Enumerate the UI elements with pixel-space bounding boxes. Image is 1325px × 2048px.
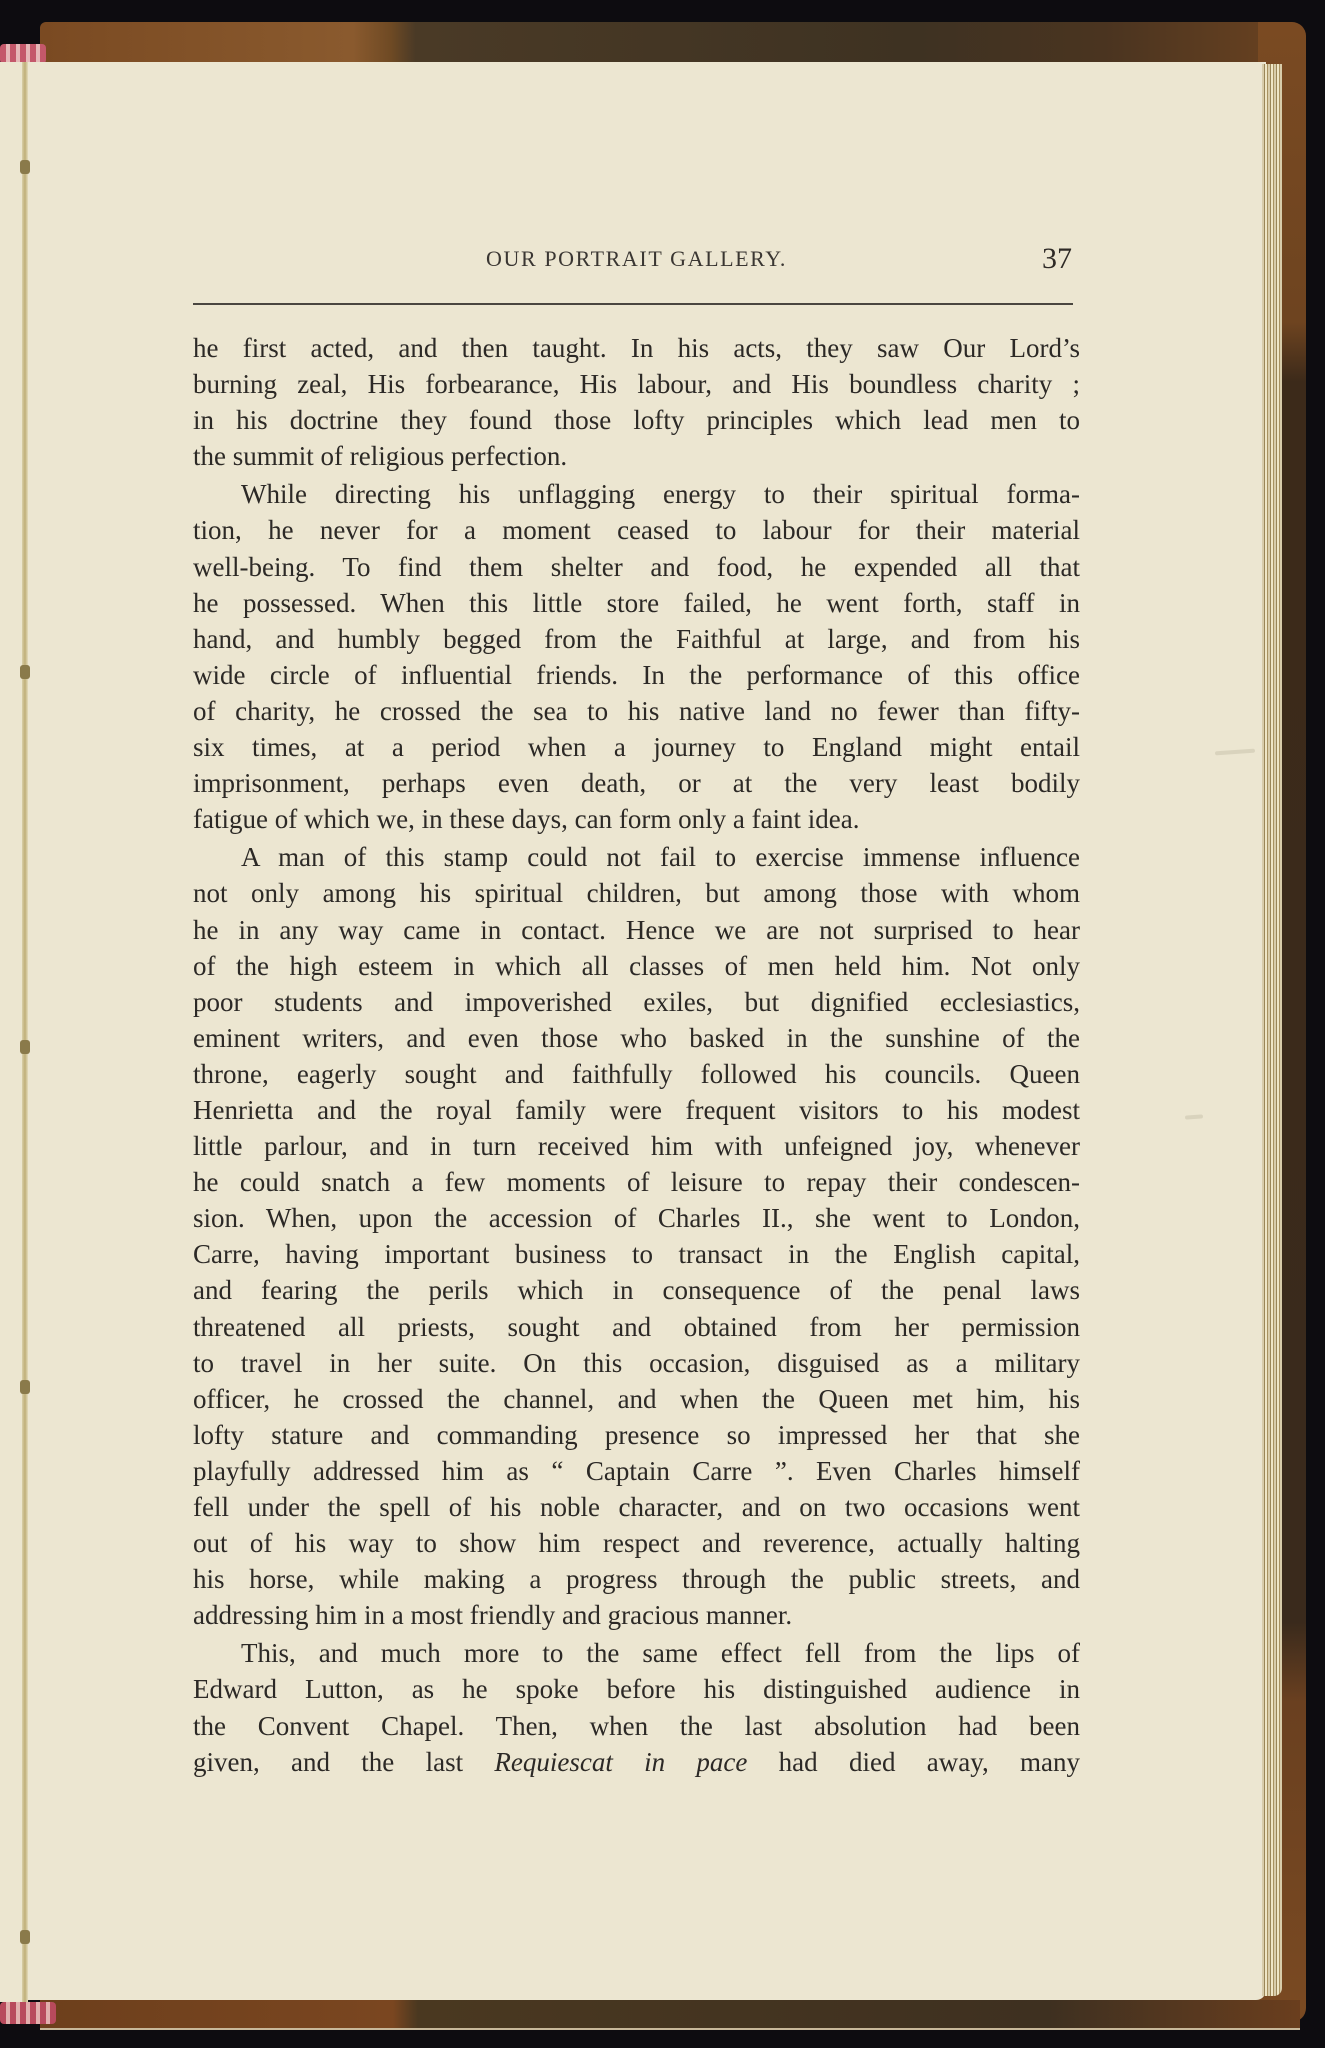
headband-bottom — [0, 2002, 56, 2024]
text-line: in his doctrine they found those lofty p… — [193, 402, 1080, 438]
text-line: burning zeal, His forbearance, His labou… — [193, 366, 1080, 402]
text-line: sion. When, upon the accession of Charle… — [193, 1200, 1080, 1236]
text-line: playfully addressed him as “ Captain Car… — [193, 1453, 1080, 1489]
text-line: to travel in her suite. On this occasion… — [193, 1345, 1080, 1381]
italic-phrase: Requiescat in pace — [494, 1747, 747, 1777]
text-line: and fearing the perils which in conseque… — [193, 1272, 1080, 1308]
page-block-edges — [1262, 64, 1282, 1996]
text-line: imprisonment, perhaps even death, or at … — [193, 765, 1080, 801]
book-cover-top-edge — [40, 22, 1292, 62]
paragraph: This, and much more to the same effect f… — [193, 1635, 1080, 1779]
text-line: officer, he crossed the channel, and whe… — [193, 1381, 1080, 1417]
text-line: well-being. To find them shelter and foo… — [193, 549, 1080, 585]
text-line: the summit of religious perfection. — [193, 438, 1080, 474]
text-line: lofty stature and commanding presence so… — [193, 1417, 1080, 1453]
text-line: wide circle of influential friends. In t… — [193, 657, 1080, 693]
text-line: throne, eagerly sought and faithfully fo… — [193, 1056, 1080, 1092]
text-line: Henrietta and the royal family were freq… — [193, 1092, 1080, 1128]
text-line: hand, and humbly begged from the Faithfu… — [193, 621, 1080, 657]
text-line: he possessed. When this little store fai… — [193, 585, 1080, 621]
binding-stitch — [20, 1930, 30, 1944]
text-line: not only among his spiritual children, b… — [193, 875, 1080, 911]
paragraph: A man of this stamp could not fail to ex… — [193, 839, 1080, 1633]
text-line: he first acted, and then taught. In his … — [193, 330, 1080, 366]
book-cover-bottom-edge — [40, 2000, 1300, 2030]
binding-stitch — [20, 1380, 30, 1394]
text-line: eminent writers, and even those who bask… — [193, 1020, 1080, 1056]
running-title: OUR PORTRAIT GALLERY. — [193, 246, 1080, 272]
text-line: of charity, he crossed the sea to his na… — [193, 693, 1080, 729]
text-line: out of his way to show him respect and r… — [193, 1525, 1080, 1561]
text-line: little parlour, and in turn received him… — [193, 1128, 1080, 1164]
running-head: OUR PORTRAIT GALLERY. 37 — [193, 246, 1080, 276]
binding-stitch — [20, 1040, 30, 1054]
text-line: A man of this stamp could not fail to ex… — [193, 839, 1080, 875]
text-line: his horse, while making a progress throu… — [193, 1561, 1080, 1597]
headband-top — [0, 44, 46, 64]
text-line: Edward Lutton, as he spoke before his di… — [193, 1671, 1080, 1707]
text-line: This, and much more to the same effect f… — [193, 1635, 1080, 1671]
text-line: Carre, having important business to tran… — [193, 1236, 1080, 1272]
binding-stitch — [20, 160, 30, 174]
text-line: fatigue of which we, in these days, can … — [193, 801, 1080, 837]
text-line: poor students and impoverished exiles, b… — [193, 984, 1080, 1020]
text-line: he could snatch a few moments of leisure… — [193, 1164, 1080, 1200]
paragraph: he first acted, and then taught. In his … — [193, 330, 1080, 474]
text-line: the Convent Chapel. Then, when the last … — [193, 1708, 1080, 1744]
text-line: of the high esteem in which all classes … — [193, 948, 1080, 984]
text-line: fell under the spell of his noble charac… — [193, 1489, 1080, 1525]
binding-stitch — [20, 665, 30, 679]
paragraph: While directing his unflagging energy to… — [193, 476, 1080, 837]
binding-gutter — [22, 62, 28, 2002]
text-line: While directing his unflagging energy to… — [193, 476, 1080, 512]
text-line: threatened all priests, sought and obtai… — [193, 1309, 1080, 1345]
text-line: he in any way came in contact. Hence we … — [193, 912, 1080, 948]
text-line: six times, at a period when a journey to… — [193, 729, 1080, 765]
body-text: he first acted, and then taught. In his … — [193, 330, 1080, 1780]
text-line: tion, he never for a moment ceased to la… — [193, 512, 1080, 548]
header-rule — [193, 303, 1073, 305]
text-line: given, and the last Requiescat in pace h… — [193, 1744, 1080, 1780]
text-line: addressing him in a most friendly and gr… — [193, 1597, 1080, 1633]
page-number: 37 — [1042, 242, 1072, 276]
